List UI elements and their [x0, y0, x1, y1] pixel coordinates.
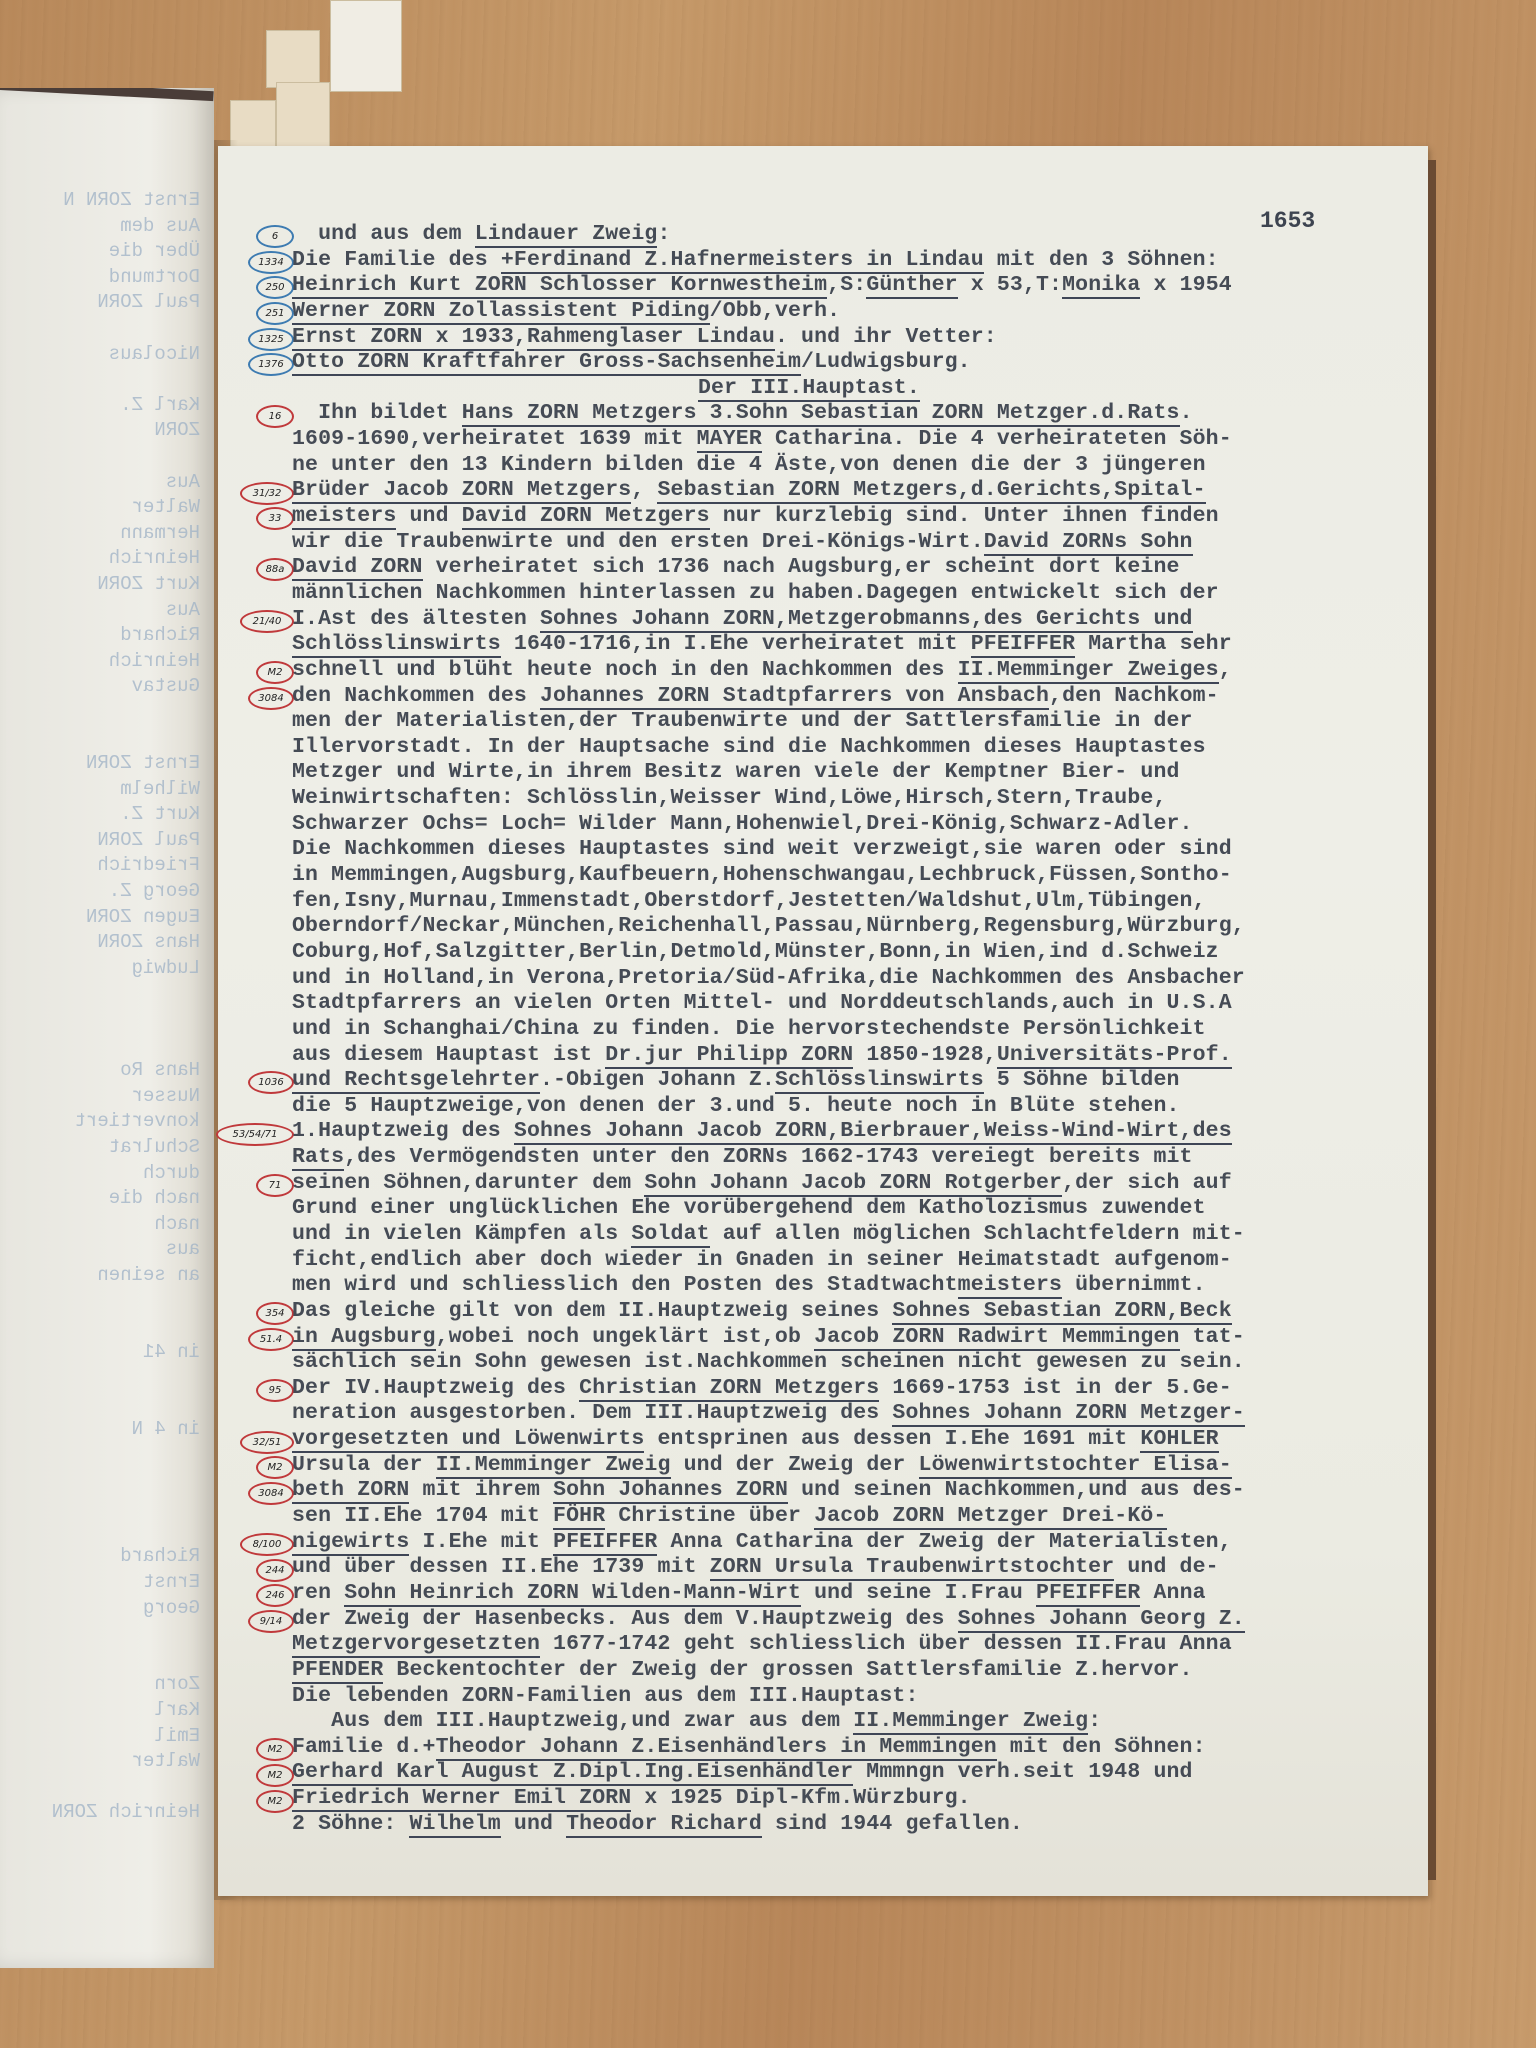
text-line: Die lebenden ZORN-Familien aus dem III.H… — [292, 1684, 1422, 1710]
margin-reference-mark: 71 — [256, 1174, 294, 1197]
text-line: Grund einer unglücklichen Ehe vorübergeh… — [292, 1196, 1422, 1222]
text-line: 1609-1690,verheiratet 1639 mit MAYER Cat… — [292, 427, 1422, 453]
text-line: fen,Isny,Murnau,Immenstadt,Oberstdorf,Je… — [292, 889, 1422, 915]
page-edge — [1428, 160, 1436, 1880]
margin-reference-mark: 31/32 — [240, 482, 294, 505]
margin-reference-mark: 3084 — [248, 687, 294, 710]
text-line: Ursula der II.Memminger Zweig und der Zw… — [292, 1453, 1422, 1479]
text-line: 2 Söhne: Wilhelm und Theodor Richard sin… — [292, 1812, 1422, 1838]
margin-reference-mark: 51.4 — [248, 1328, 294, 1351]
text-line: Weinwirtschaften: Schlösslin,Weisser Win… — [292, 786, 1422, 812]
margin-reference-mark: M2 — [256, 1764, 294, 1787]
text-line: Oberndorf/Neckar,München,Reichenhall,Pas… — [292, 914, 1422, 940]
paper-tab — [276, 82, 330, 148]
text-line: Schlösslinswirts 1640-1716,in I.Ehe verh… — [292, 632, 1422, 658]
facing-page-bleed-text: Ernst ZORN N Aus dem Über die Dortmund P… — [0, 188, 200, 1826]
text-line: Gerhard Karl August Z.Dipl.Ing.Eisenhänd… — [292, 1760, 1422, 1786]
margin-reference-mark: 251 — [256, 302, 294, 325]
text-line: Der IV.Hauptzweig des Christian ZORN Met… — [292, 1376, 1422, 1402]
paper-tab — [266, 30, 320, 88]
text-line: Friedrich Werner Emil ZORN x 1925 Dipl-K… — [292, 1786, 1422, 1812]
margin-reference-mark: 33 — [256, 507, 294, 530]
text-line: und Rechtsgelehrter.-Obigen Johann Z.Sch… — [292, 1068, 1422, 1094]
text-line: ren Sohn Heinrich ZORN Wilden-Mann-Wirt … — [292, 1581, 1422, 1607]
text-line: die 5 Hauptzweige,von denen der 3.und 5.… — [292, 1094, 1422, 1120]
text-line: ne unter den 13 Kindern bilden die 4 Äst… — [292, 453, 1422, 479]
margin-reference-mark: 6 — [256, 225, 294, 248]
paper-tab — [330, 0, 402, 92]
text-line: Metzger und Wirte,in ihrem Besitz waren … — [292, 760, 1422, 786]
text-line: Die Familie des +Ferdinand Z.Hafnermeist… — [292, 248, 1422, 274]
text-line: men der Materialisten,der Traubenwirte u… — [292, 709, 1422, 735]
text-line: männlichen Nachkommen hinterlassen zu ha… — [292, 581, 1422, 607]
text-line: David ZORN verheiratet sich 1736 nach Au… — [292, 555, 1422, 581]
text-line: Coburg,Hof,Salzgitter,Berlin,Detmold,Mün… — [292, 940, 1422, 966]
text-line: 1.Hauptzweig des Sohnes Johann Jacob ZOR… — [292, 1119, 1422, 1145]
text-line: beth ZORN mit ihrem Sohn Johannes ZORN u… — [292, 1478, 1422, 1504]
text-line: Aus dem III.Hauptzweig,und zwar aus dem … — [292, 1709, 1422, 1735]
text-line: Die Nachkommen dieses Hauptastes sind we… — [292, 837, 1422, 863]
text-line: in Augsburg,wobei noch ungeklärt ist,ob … — [292, 1325, 1422, 1351]
margin-reference-mark: 1334 — [248, 251, 294, 274]
margin-reference-mark: 244 — [256, 1559, 294, 1582]
text-line: Stadtpfarrers an vielen Orten Mittel- un… — [292, 991, 1422, 1017]
margin-reference-mark: 8/100 — [240, 1533, 294, 1556]
text-line: vorgesetzten und Löwenwirts entsprinen a… — [292, 1427, 1422, 1453]
text-line: seinen Söhnen,darunter dem Sohn Johann J… — [292, 1171, 1422, 1197]
margin-reference-mark: 53/54/71 — [216, 1123, 294, 1146]
margin-reference-mark: 1325 — [248, 328, 294, 351]
margin-reference-mark: 3084 — [248, 1482, 294, 1505]
text-line: Heinrich Kurt ZORN Schlosser Kornwesthei… — [292, 273, 1422, 299]
text-line: und in Holland,in Verona,Pretoria/Süd-Af… — [292, 966, 1422, 992]
book-cover-edge — [0, 88, 214, 101]
text-line: Illervorstadt. In der Hauptsache sind di… — [292, 735, 1422, 761]
text-line: I.Ast des ältesten Sohnes Johann ZORN,Me… — [292, 607, 1422, 633]
text-line: Familie d.+Theodor Johann Z.Eisenhändler… — [292, 1735, 1422, 1761]
text-line: Werner ZORN Zollassistent Piding/Obb,ver… — [292, 299, 1422, 325]
text-line: den Nachkommen des Johannes ZORN Stadtpf… — [292, 684, 1422, 710]
text-line: nigewirts I.Ehe mit PFEIFFER Anna Cathar… — [292, 1530, 1422, 1556]
text-line: Brüder Jacob ZORN Metzgers, Sebastian ZO… — [292, 478, 1422, 504]
text-line: ficht,endlich aber doch wieder in Gnaden… — [292, 1248, 1422, 1274]
text-line: Ernst ZORN x 1933,Rahmenglaser Lindau. u… — [292, 325, 1422, 351]
text-line: und über dessen II.Ehe 1739 mit ZORN Urs… — [292, 1555, 1422, 1581]
text-line: in Memmingen,Augsburg,Kaufbeuern,Hohensc… — [292, 863, 1422, 889]
text-line: und in Schanghai/China zu finden. Die he… — [292, 1017, 1422, 1043]
text-line: Ihn bildet Hans ZORN Metzgers 3.Sohn Seb… — [292, 401, 1422, 427]
text-line: schnell und blüht heute noch in den Nach… — [292, 658, 1422, 684]
text-line: Das gleiche gilt von dem II.Hauptzweig s… — [292, 1299, 1422, 1325]
text-line: Metzgervorgesetzten 1677-1742 geht schli… — [292, 1632, 1422, 1658]
margin-reference-mark: 21/40 — [240, 610, 294, 633]
margin-reference-mark: 32/51 — [240, 1431, 294, 1454]
section-heading: Der III.Hauptast. — [292, 376, 1422, 402]
text-line: Schwarzer Ochs= Loch= Wilder Mann,Hohenw… — [292, 812, 1422, 838]
margin-reference-mark: 9/14 — [248, 1610, 294, 1633]
text-line: Rats,des Vermögendsten unter den ZORNs 1… — [292, 1145, 1422, 1171]
text-line: PFENDER Beckentochter der Zweig der gros… — [292, 1658, 1422, 1684]
facing-page: Ernst ZORN N Aus dem Über die Dortmund P… — [0, 88, 214, 1968]
text-line: der Zweig der Hasenbecks. Aus dem V.Haup… — [292, 1607, 1422, 1633]
text-line: meisters und David ZORN Metzgers nur kur… — [292, 504, 1422, 530]
text-line: wir die Traubenwirte und den ersten Drei… — [292, 530, 1422, 556]
text-line: sächlich sein Sohn gewesen ist.Nachkomme… — [292, 1350, 1422, 1376]
margin-reference-mark: 16 — [256, 405, 294, 428]
margin-reference-mark: M2 — [256, 661, 294, 684]
text-line: aus diesem Hauptast ist Dr.jur Philipp Z… — [292, 1043, 1422, 1069]
text-line: und aus dem Lindauer Zweig: — [292, 222, 1422, 248]
text-line: Otto ZORN Kraftfahrer Gross-Sachsenheim/… — [292, 350, 1422, 376]
typewritten-text: und aus dem Lindauer Zweig:Die Familie d… — [292, 222, 1422, 1837]
text-line: neration ausgestorben. Dem III.Hauptzwei… — [292, 1401, 1422, 1427]
text-line: sen II.Ehe 1704 mit FÖHR Christine über … — [292, 1504, 1422, 1530]
text-line: und in vielen Kämpfen als Soldat auf all… — [292, 1222, 1422, 1248]
margin-reference-mark: M2 — [256, 1790, 294, 1813]
text-line: men wird und schliesslich den Posten des… — [292, 1273, 1422, 1299]
